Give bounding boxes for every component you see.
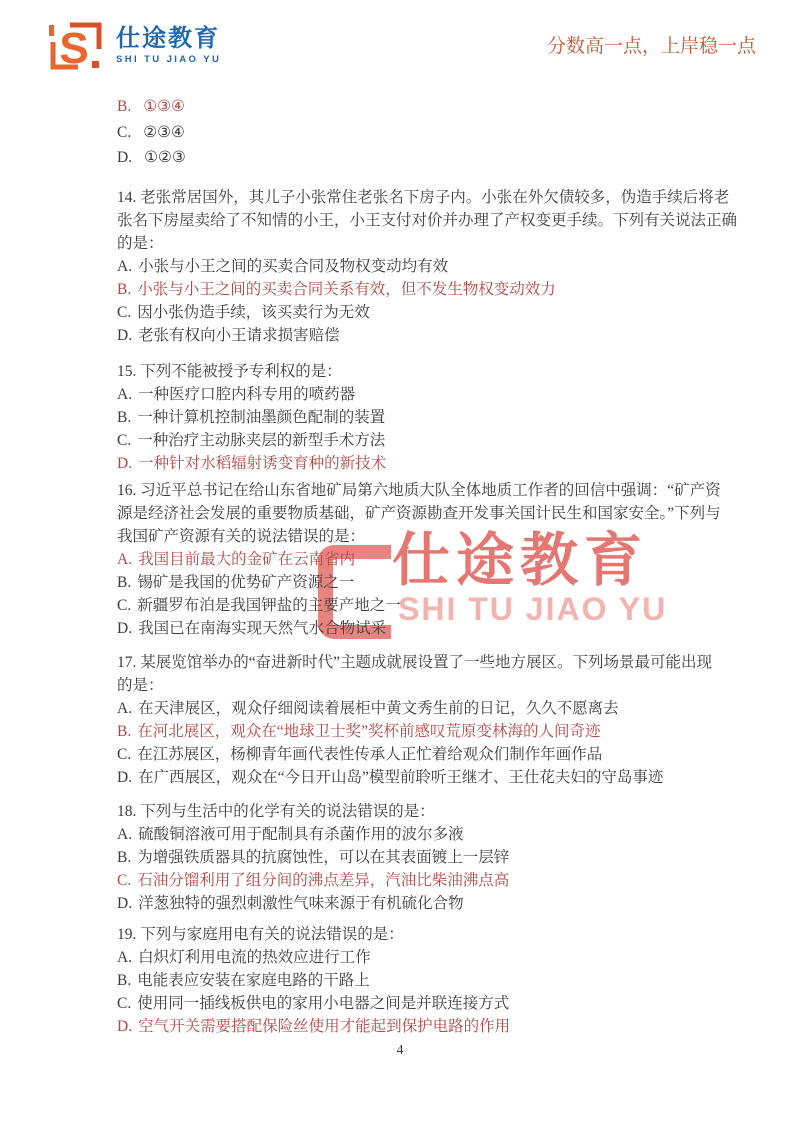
option-label: C. bbox=[117, 124, 131, 141]
option-text: 使用同一插线板供电的家用小电器之间是并联连接方式 bbox=[137, 995, 509, 1012]
carryover-options: B.①③④ C.②③④ D.①②③ bbox=[117, 94, 760, 171]
option-text: 硫酸铜溶液可用于配制具有杀菌作用的波尔多液 bbox=[138, 826, 464, 843]
option-line-c: C.一种治疗主动脉夹层的新型手术方法 bbox=[117, 429, 760, 452]
question-17: 17. 某展览馆举办的“奋进新时代”主题成就展设置了一些地方展区。下列场景最可能… bbox=[117, 651, 760, 789]
brand-logo-text: 仕途教育 SHI TU JIAO YU bbox=[116, 26, 221, 65]
option-text: 小张与小王之间的买卖合同及物权变动均有效 bbox=[138, 258, 448, 275]
option-text: 我国已在南海实现天然气水合物试采 bbox=[138, 620, 386, 637]
option-line-c: C.在江苏展区，杨柳青年画代表性传承人正忙着给观众们制作年画作品 bbox=[117, 743, 760, 766]
option-label: B. bbox=[117, 281, 131, 298]
option-label: A. bbox=[117, 949, 132, 966]
option-label: A. bbox=[117, 826, 132, 843]
option-text: 一种治疗主动脉夹层的新型手术方法 bbox=[137, 432, 385, 449]
option-text: 洋葱独特的强烈刺激性气味来源于有机硫化合物 bbox=[138, 895, 464, 912]
option-label: A. bbox=[117, 386, 132, 403]
question-stem-line: 的是： bbox=[117, 674, 760, 697]
option-text: 在天津展区，观众仔细阅读着展柜中黄文秀生前的日记，久久不愿离去 bbox=[138, 700, 619, 717]
option-text: 为增强铁质器具的抗腐蚀性，可以在其表面镀上一层锌 bbox=[137, 849, 509, 866]
option-text: 一种针对水稻辐射诱变育种的新技术 bbox=[138, 455, 386, 472]
option-text: 电能表应安装在家庭电路的干路上 bbox=[137, 972, 370, 989]
question-stem-line: 的是： bbox=[117, 232, 760, 255]
option-label: B. bbox=[117, 849, 131, 866]
option-label: B. bbox=[117, 98, 131, 115]
option-line-a: A.小张与小王之间的买卖合同及物权变动均有效 bbox=[117, 255, 760, 278]
option-line-b: B.小张与小王之间的买卖合同关系有效，但不发生物权变动效力 bbox=[117, 278, 760, 301]
brand-logo: S 仕途教育 SHI TU JIAO YU bbox=[44, 18, 221, 74]
option-label: B. bbox=[117, 409, 131, 426]
option-text: 因小张伪造手续，该买卖行为无效 bbox=[137, 304, 370, 321]
option-line-a: A.在天津展区，观众仔细阅读着展柜中黄文秀生前的日记，久久不愿离去 bbox=[117, 697, 760, 720]
option-text: ①②③ bbox=[144, 149, 186, 166]
option-text: 小张与小王之间的买卖合同关系有效，但不发生物权变动效力 bbox=[137, 281, 556, 298]
question-stem-line: 源是经济社会发展的重要物质基础，矿产资源勘查开发事关国计民生和国家安全。”下列与 bbox=[117, 502, 760, 525]
question-stem-line: 19. 下列与家庭用电有关的说法错误的是： bbox=[117, 923, 760, 946]
option-label: D. bbox=[117, 455, 132, 472]
option-line-d: D.我国已在南海实现天然气水合物试采 bbox=[117, 617, 760, 640]
option-line-b: B.电能表应安装在家庭电路的干路上 bbox=[117, 969, 760, 992]
option-line-d: D.①②③ bbox=[117, 145, 760, 171]
option-label: D. bbox=[117, 1018, 132, 1035]
option-text: 我国目前最大的金矿在云南省内 bbox=[138, 551, 355, 568]
option-text: ②③④ bbox=[143, 124, 185, 141]
option-label: D. bbox=[117, 769, 132, 786]
option-line-b: B.一种计算机控制油墨颜色配制的装置 bbox=[117, 406, 760, 429]
option-line-c: C.使用同一插线板供电的家用小电器之间是并联连接方式 bbox=[117, 992, 760, 1015]
question-16: 16. 习近平总书记在给山东省地矿局第六地质大队全体地质工作者的回信中强调：“矿… bbox=[117, 479, 760, 640]
document-body: B.①③④ C.②③④ D.①②③ 14. 老张常居国外，其儿子小张常住老张名下… bbox=[0, 0, 800, 1131]
option-text: 在河北展区，观众在“地球卫士奖”奖杯前感叹荒原变林海的人间奇迹 bbox=[137, 723, 600, 740]
brand-s-mark-icon: S bbox=[44, 18, 106, 74]
option-text: 一种计算机控制油墨颜色配制的装置 bbox=[137, 409, 385, 426]
option-text: 老张有权向小王请求损害赔偿 bbox=[138, 327, 340, 344]
option-text: 石油分馏利用了组分间的沸点差异，汽油比柴油沸点高 bbox=[137, 872, 509, 889]
option-line-b: B.锡矿是我国的优势矿产资源之一 bbox=[117, 571, 760, 594]
question-stem-line: 14. 老张常居国外，其儿子小张常住老张名下房子内。小张在外欠债较多，伪造手续后… bbox=[117, 186, 760, 209]
option-line-d: D.在广西展区，观众在“今日开山岛”模型前聆听王继才、王仕花夫妇的守岛事迹 bbox=[117, 766, 760, 789]
brand-name-en: SHI TU JIAO YU bbox=[116, 54, 221, 65]
option-label: A. bbox=[117, 700, 132, 717]
option-text: 新疆罗布泊是我国钾盐的主要产地之一 bbox=[137, 597, 401, 614]
option-text: 空气开关需要搭配保险丝使用才能起到保护电路的作用 bbox=[138, 1018, 510, 1035]
option-line-a: A.我国目前最大的金矿在云南省内 bbox=[117, 548, 760, 571]
question-stem-line: 17. 某展览馆举办的“奋进新时代”主题成就展设置了一些地方展区。下列场景最可能… bbox=[117, 651, 760, 674]
option-label: C. bbox=[117, 746, 131, 763]
option-label: D. bbox=[117, 327, 132, 344]
page-number: 4 bbox=[0, 1043, 800, 1059]
question-15: 15. 下列不能被授予专利权的是： A.一种医疗口腔内科专用的喷药器 B.一种计… bbox=[117, 360, 760, 475]
option-line-b: B.在河北展区，观众在“地球卫士奖”奖杯前感叹荒原变林海的人间奇迹 bbox=[117, 720, 760, 743]
option-text: 一种医疗口腔内科专用的喷药器 bbox=[138, 386, 355, 403]
question-19: 19. 下列与家庭用电有关的说法错误的是： A.白炽灯利用电流的热效应进行工作 … bbox=[117, 923, 760, 1038]
brand-name-cn: 仕途教育 bbox=[116, 26, 221, 52]
option-label: C. bbox=[117, 304, 131, 321]
question-14: 14. 老张常居国外，其儿子小张常住老张名下房子内。小张在外欠债较多，伪造手续后… bbox=[117, 186, 760, 347]
option-label: D. bbox=[117, 895, 132, 912]
option-label: C. bbox=[117, 432, 131, 449]
option-label: B. bbox=[117, 574, 131, 591]
option-line-b: B.①③④ bbox=[117, 94, 760, 120]
option-label: A. bbox=[117, 551, 132, 568]
question-stem-line: 我国矿产资源有关的说法错误的是： bbox=[117, 525, 760, 548]
option-line-d: D.老张有权向小王请求损害赔偿 bbox=[117, 324, 760, 347]
option-line-d: D.一种针对水稻辐射诱变育种的新技术 bbox=[117, 452, 760, 475]
question-stem-line: 15. 下列不能被授予专利权的是： bbox=[117, 360, 760, 383]
option-line-d: D.空气开关需要搭配保险丝使用才能起到保护电路的作用 bbox=[117, 1015, 760, 1038]
document-page: S 仕途教育 SHI TU JIAO YU 分数高一点，上岸稳一点 仕途教育 S… bbox=[0, 0, 800, 1131]
option-line-c: C.因小张伪造手续，该买卖行为无效 bbox=[117, 301, 760, 324]
option-line-a: A.白炽灯利用电流的热效应进行工作 bbox=[117, 946, 760, 969]
option-line-c: C.新疆罗布泊是我国钾盐的主要产地之一 bbox=[117, 594, 760, 617]
option-text: 在广西展区，观众在“今日开山岛”模型前聆听王继才、王仕花夫妇的守岛事迹 bbox=[138, 769, 663, 786]
question-18: 18. 下列与生活中的化学有关的说法错误的是： A.硫酸铜溶液可用于配制具有杀菌… bbox=[117, 800, 760, 915]
question-stem-line: 16. 习近平总书记在给山东省地矿局第六地质大队全体地质工作者的回信中强调：“矿… bbox=[117, 479, 760, 502]
option-text: 在江苏展区，杨柳青年画代表性传承人正忙着给观众们制作年画作品 bbox=[137, 746, 602, 763]
option-line-a: A.一种医疗口腔内科专用的喷药器 bbox=[117, 383, 760, 406]
option-line-c: C.②③④ bbox=[117, 120, 760, 146]
question-stem-line: 张名下房屋卖给了不知情的小王，小王支付对价并办理了产权变更手续。下列有关说法正确 bbox=[117, 209, 760, 232]
option-label: A. bbox=[117, 258, 132, 275]
question-stem-line: 18. 下列与生活中的化学有关的说法错误的是： bbox=[117, 800, 760, 823]
option-line-d: D.洋葱独特的强烈刺激性气味来源于有机硫化合物 bbox=[117, 892, 760, 915]
option-line-c: C.石油分馏利用了组分间的沸点差异，汽油比柴油沸点高 bbox=[117, 869, 760, 892]
option-label: C. bbox=[117, 872, 131, 889]
option-label: C. bbox=[117, 995, 131, 1012]
option-text: 白炽灯利用电流的热效应进行工作 bbox=[138, 949, 371, 966]
option-line-a: A.硫酸铜溶液可用于配制具有杀菌作用的波尔多液 bbox=[117, 823, 760, 846]
option-label: B. bbox=[117, 972, 131, 989]
option-label: D. bbox=[117, 620, 132, 637]
option-label: D. bbox=[117, 149, 132, 166]
header-slogan: 分数高一点，上岸稳一点 bbox=[547, 31, 756, 58]
option-text: ①③④ bbox=[143, 98, 185, 115]
option-label: C. bbox=[117, 597, 131, 614]
option-text: 锡矿是我国的优势矿产资源之一 bbox=[137, 574, 354, 591]
option-label: B. bbox=[117, 723, 131, 740]
svg-text:S: S bbox=[59, 24, 88, 73]
option-line-b: B.为增强铁质器具的抗腐蚀性，可以在其表面镀上一层锌 bbox=[117, 846, 760, 869]
